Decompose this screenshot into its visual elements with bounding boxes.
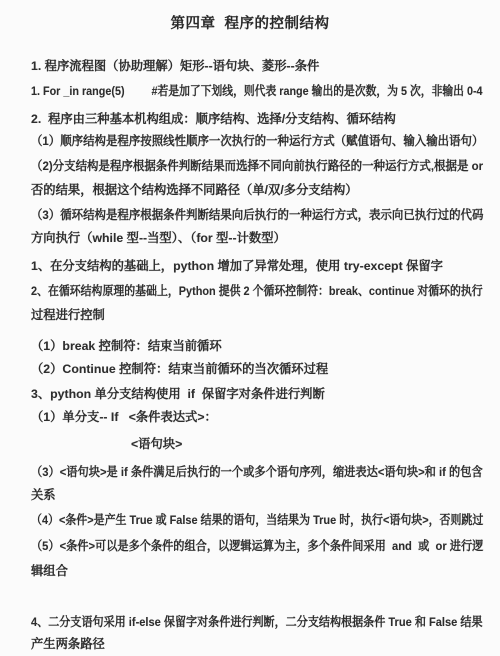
text-line: （2）Continue 控制符：结束当前循环的当次循环过程 bbox=[31, 362, 328, 377]
text-line: 过程进行控制 bbox=[31, 308, 105, 323]
text-line: （3）<语句块>是 if 条件满足后执行的一个或多个语句序列，缩进表达<语句块>… bbox=[31, 465, 483, 480]
chapter-title: 第四章 程序的控制结构 bbox=[0, 12, 500, 33]
text-line: （2)分支结构是程序根据条件判断结果而选择不同向前执行路径的一种运行方式,根据是… bbox=[31, 159, 483, 174]
text-line: 4、二分支语句采用 if-else 保留字对条件进行判断，二分支结构根据条件 T… bbox=[31, 615, 483, 630]
text-line: 2. 程序由三种基本机构组成：顺序结构、选择/分支结构、循环结构 bbox=[31, 112, 396, 127]
text-line: （1）单分支-- If <条件表达式>： bbox=[31, 410, 217, 425]
text-line: 1. 程序流程图（协助理解）矩形--语句块、菱形--条件 bbox=[31, 59, 319, 74]
text-line: （1）顺序结构是程序按照线性顺序一次执行的一种运行方式（赋值语句、输入输出语句） bbox=[31, 134, 483, 149]
text-line: （4）<条件>是产生 True 或 False 结果的语句，当结果为 True … bbox=[31, 513, 483, 528]
text-line: （5）<条件>可以是多个条件的组合，以逻辑运算为主，多个条件间采用 and 或 … bbox=[31, 539, 483, 554]
text-line: 2、在循环结构原理的基础上，Python 提供 2 个循环控制符：break、c… bbox=[31, 284, 483, 299]
text-line: 否的结果，根据这个结构选择不同路径（单/双/多分支结构） bbox=[31, 183, 358, 198]
text-line: （1）break 控制符：结束当前循环 bbox=[31, 339, 222, 354]
text-line: （3）循环结构是程序根据条件判断结果向后执行的一种运行方式，表示向已执行过的代码 bbox=[31, 208, 483, 223]
text-line: 3、python 单分支结构使用 if 保留字对条件进行判断 bbox=[31, 387, 325, 402]
document-page: 第四章 程序的控制结构 1. 程序流程图（协助理解）矩形--语句块、菱形--条件… bbox=[0, 0, 500, 656]
text-line: 辑组合 bbox=[31, 564, 68, 579]
text-line: 1、在分支结构的基础上，python 增加了异常处理，使用 try-except… bbox=[31, 259, 443, 274]
text-line: 关系 bbox=[31, 488, 56, 503]
text-line: 方向执行（while 型--当型）、（for 型--计数型） bbox=[31, 231, 286, 246]
text-line: <语句块> bbox=[131, 437, 182, 452]
text-line: 1. For _in range(5) #若是加了下划线，则代表 range 输… bbox=[31, 84, 483, 99]
text-line: 产生两条路径 bbox=[31, 637, 105, 652]
